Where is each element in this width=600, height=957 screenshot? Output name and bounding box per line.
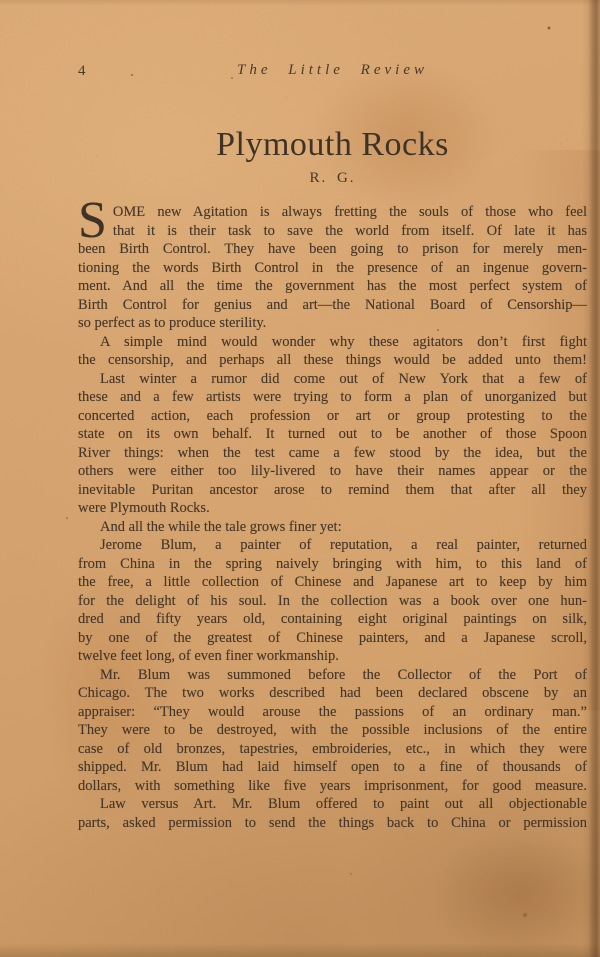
text-line: They were to be destroyed, with the poss… bbox=[78, 721, 587, 740]
text-line: River things: when the test came a few s… bbox=[78, 444, 587, 463]
paragraph: Mr. Blum was summoned before the Collect… bbox=[78, 666, 587, 796]
article-byline: R. G. bbox=[78, 170, 587, 187]
text-line: so perfect as to produce sterility. bbox=[78, 314, 587, 333]
text-line: by one of the greatest of Chinese painte… bbox=[78, 629, 587, 648]
paragraph: Jerome Blum, a painter of reputation, a … bbox=[78, 536, 587, 666]
text-line: OME new Agitation is always fretting the… bbox=[78, 203, 587, 222]
paragraph: A simple mind would wonder why these agi… bbox=[78, 333, 587, 370]
page-edge-shadow-bottom bbox=[0, 943, 600, 957]
text-line: that it is their task to save the world … bbox=[78, 222, 587, 241]
text-line: parts, asked permission to send the thin… bbox=[78, 814, 587, 833]
text-line: shipped. Mr. Blum had laid himself open … bbox=[78, 758, 587, 777]
paragraph: SOME new Agitation is always fretting th… bbox=[78, 203, 587, 333]
article-body: SOME new Agitation is always fretting th… bbox=[78, 203, 587, 832]
text-line: dollars, with something like five years … bbox=[78, 777, 587, 796]
text-line: Jerome Blum, a painter of reputation, a … bbox=[78, 536, 587, 555]
text-line: the free, a little collection of Chinese… bbox=[78, 573, 587, 592]
paragraph: Last winter a rumor did come out of New … bbox=[78, 370, 587, 518]
paragraph: Law versus Art. Mr. Blum offered to pain… bbox=[78, 795, 587, 832]
text-line: these and a few artists were trying to f… bbox=[78, 388, 587, 407]
text-line: Mr. Blum was summoned before the Collect… bbox=[78, 666, 587, 685]
text-line: A simple mind would wonder why these agi… bbox=[78, 333, 587, 352]
page-number: 4 bbox=[78, 63, 86, 80]
text-line: the censorship, and perhaps all these th… bbox=[78, 351, 587, 370]
text-line: state on its own behalf. It turned out t… bbox=[78, 425, 587, 444]
paragraph: And all the while the tale grows finer y… bbox=[78, 518, 587, 537]
text-line: ment. And all the time the government ha… bbox=[78, 277, 587, 296]
text-line: appraiser: “They would arouse the passio… bbox=[78, 703, 587, 722]
text-line: Last winter a rumor did come out of New … bbox=[78, 370, 587, 389]
text-line: Birth Control for genius and art—the Nat… bbox=[78, 296, 587, 315]
text-line: for the delight of his soul. In the coll… bbox=[78, 592, 587, 611]
drop-cap: S bbox=[78, 202, 107, 239]
text-line: Law versus Art. Mr. Blum offered to pain… bbox=[78, 795, 587, 814]
text-line: case of old bronzes, tapestries, embroid… bbox=[78, 740, 587, 759]
text-line: tioning the words Birth Control in the p… bbox=[78, 259, 587, 278]
text-line: were Plymouth Rocks. bbox=[78, 499, 587, 518]
running-header: 4 The Little Review bbox=[78, 62, 587, 82]
text-line: twelve feet long, of even finer workmans… bbox=[78, 647, 587, 666]
scanned-book-page: 4 The Little Review Plymouth Rocks R. G.… bbox=[0, 0, 600, 957]
text-line: from China in the spring naively bringin… bbox=[78, 555, 587, 574]
text-line: And all the while the tale grows finer y… bbox=[78, 518, 587, 537]
text-line: dred and fifty years old, containing eig… bbox=[78, 610, 587, 629]
paper-stain bbox=[430, 830, 600, 957]
text-line: concerted action, each profession or art… bbox=[78, 407, 587, 426]
text-line: been Birth Control. They have been going… bbox=[78, 240, 587, 259]
page-edge-shadow-top bbox=[0, 0, 600, 6]
running-head-title: The Little Review bbox=[78, 62, 587, 79]
article-title: Plymouth Rocks bbox=[78, 126, 587, 164]
text-line: inevitable Puritan ancestor arose to rem… bbox=[78, 481, 587, 500]
text-line: others were either too lily-livered to h… bbox=[78, 462, 587, 481]
text-line: Chicago. The two works described had bee… bbox=[78, 684, 587, 703]
